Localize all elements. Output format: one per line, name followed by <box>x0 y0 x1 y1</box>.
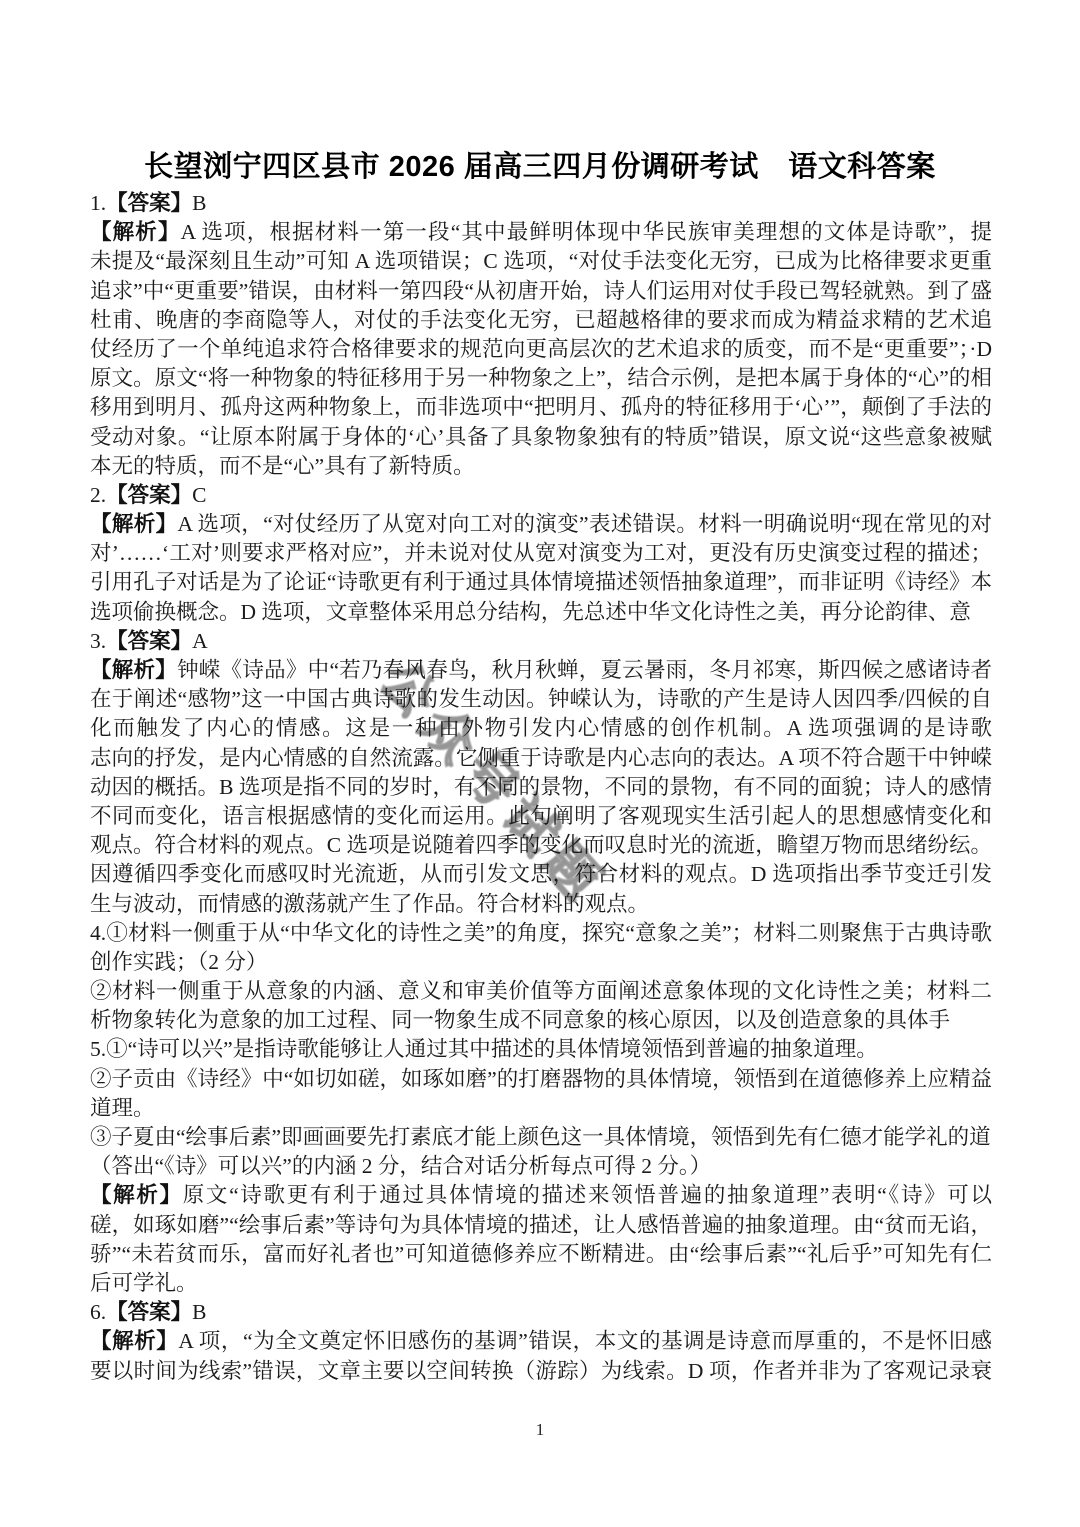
text-line: 创作实践；（2 分） <box>90 948 992 977</box>
line-text: ②子贡由《诗经》中“如切如磋，如琢如磨”的打磨器物的具体情境，领悟到在道德修养上… <box>90 1067 992 1094</box>
text-line: 骄”“未若贫而乐，富而好礼者也”可知道德修养应不断精进。由“绘事后素”“礼后乎”… <box>90 1240 992 1269</box>
line-text: A <box>192 629 208 653</box>
text-line: 【解析】A 选项，根据材料一第一段“其中最鲜明体现中华民族审美理想的文体是诗歌”… <box>90 218 992 247</box>
text-line: 磋，如琢如磨”“绘事后素”等诗句为具体情境的描述，让人感悟普遍的抽象道理。由“贫… <box>90 1211 992 1240</box>
line-text: 4.①材料一侧重于从“中华文化的诗性之美”的角度，探究“意象之美”；材料二则聚焦… <box>90 921 992 948</box>
text-line: 【解析】钟嵘《诗品》中“若乃春风春鸟，秋月秋蝉，夏云暑雨，冬月祁寒，斯四候之感诸… <box>90 656 992 685</box>
line-text: A 项，“为全文奠定怀旧感伤的基调”错误，本文的基调是诗意而厚重的，不是怀旧感伤… <box>90 1329 992 1356</box>
text-line: 观点。符合材料的观点。C 选项是说随着四季的变化而叹息时光的流逝，瞻望万物而思绪… <box>90 831 992 860</box>
line-text: 移用到明月、孤舟这两种物象上，而非选项中“把明月、孤舟的特征移用于‘心’”，颠倒… <box>90 395 992 422</box>
bracket-label: 【答案】 <box>106 1300 192 1324</box>
line-text: A 选项，根据材料一第一段“其中最鲜明体现中华民族审美理想的文体是诗歌”，提到“… <box>90 220 992 247</box>
line-text: B <box>192 191 206 215</box>
text-line: 移用到明月、孤舟这两种物象上，而非选项中“把明月、孤舟的特征移用于‘心’”，颠倒… <box>90 393 992 422</box>
text-line: 1.【答案】B <box>90 189 992 218</box>
text-line: 生与波动，而情感的激荡就产生了作品。符合材料的观点。 <box>90 890 992 919</box>
text-line: 【解析】原文“诗歌更有利于通过具体情境的描述来领悟普遍的抽象道理”表明“《诗》可… <box>90 1181 992 1210</box>
text-line: ②材料一侧重于从意象的内涵、意义和审美价值等方面阐述意象体现的文化诗性之美；材料… <box>90 977 992 1006</box>
text-line: （答出“《诗》可以兴”的内涵 2 分，结合对话分析每点可得 2 分。） <box>90 1152 992 1181</box>
line-text: 要以时间为线索”错误，文章主要以空间转换（游踪）为线索。D 项，作者并非为了客观… <box>90 1359 992 1386</box>
line-text: 杜甫、晚唐的李商隐等人，对仗的手法变化无穷，已超越格律的要求而成为精益求精的艺术… <box>90 308 992 335</box>
line-text: ②材料一侧重于从意象的内涵、意义和审美价值等方面阐述意象体现的文化诗性之美；材料… <box>90 979 992 1006</box>
line-text: 道理。 <box>90 1096 155 1120</box>
line-text: 在于阐述“感物”这一中国古典诗歌的发生动因。钟嵘认为，诗歌的产生是诗人因四季/四… <box>90 687 992 714</box>
text-line: 本无的特质，而不是“心”具有了新特质。 <box>90 452 992 481</box>
text-line: 3.【答案】A <box>90 627 992 656</box>
line-text: 选项偷换概念。D 选项，文章整体采用总分结构，先总述中华文化诗性之美，再分论韵律… <box>90 600 971 627</box>
line-text: 5.①“诗可以兴”是指诗歌能够让人通过其中描述的具体情境领悟到普遍的抽象道理。 <box>90 1037 878 1061</box>
text-line: ②子贡由《诗经》中“如切如磋，如琢如磨”的打磨器物的具体情境，领悟到在道德修养上… <box>90 1065 992 1094</box>
line-text: 因遵循四季变化而感叹时光流逝，从而引发文思，符合材料的观点。D 选项指出季节变迁… <box>90 862 992 889</box>
text-line: 在于阐述“感物”这一中国古典诗歌的发生动因。钟嵘认为，诗歌的产生是诗人因四季/四… <box>90 685 992 714</box>
question-number: 1. <box>90 191 106 215</box>
text-line: 未提及“最深刻且生动”可知 A 选项错误；C 选项，“对仗手法变化无穷，已成为比… <box>90 247 992 276</box>
bracket-label: 【解析】 <box>90 512 177 536</box>
line-text: 原文“诗歌更有利于通过具体情境的描述来领悟普遍的抽象道理”表明“《诗》可以兴”。… <box>90 1183 992 1210</box>
line-text: B <box>192 1300 206 1324</box>
text-line: 引用孔子对话是为了论证“诗歌更有利于通过具体情境描述领悟抽象道理”，而非证明《诗… <box>90 568 992 597</box>
text-line: 仗经历了一个单纯追求符合格律要求的规范向更高层次的艺术追求的质变，而不是“更重要… <box>90 335 992 364</box>
text-line: 析物象转化为意象的加工过程、同一物象生成不同意象的核心原因，以及创造意象的具体手… <box>90 1006 992 1035</box>
text-line: 后可学礼。 <box>90 1269 992 1298</box>
text-line: 【解析】A 项，“为全文奠定怀旧感伤的基调”错误，本文的基调是诗意而厚重的，不是… <box>90 1327 992 1356</box>
line-text: 仗经历了一个单纯追求符合格律要求的规范向更高层次的艺术追求的质变，而不是“更重要… <box>90 337 992 364</box>
text-line: 要以时间为线索”错误，文章主要以空间转换（游踪）为线索。D 项，作者并非为了客观… <box>90 1357 992 1386</box>
line-text: 观点。符合材料的观点。C 选项是说随着四季的变化而叹息时光的流逝，瞻望万物而思绪… <box>90 833 992 860</box>
line-text: 不同而变化，语言根据感情的变化而运用。此句阐明了客观现实生活引起人的思想感情变化… <box>90 804 992 831</box>
line-text: 生与波动，而情感的激荡就产生了作品。符合材料的观点。 <box>90 892 649 916</box>
text-line: 志向的抒发，是内心情感的自然流露。它侧重于诗歌是内心志向的表达。A 项不符合题干… <box>90 744 992 773</box>
text-line: ③子夏由“绘事后素”即画画要先打素底才能上颜色这一具体情境，领悟到先有仁德才能学… <box>90 1123 992 1152</box>
text-line: 追求”中“更重要”错误，由材料一第四段“从初唐开始，诗人们运用对仗手段已驾轻就熟… <box>90 277 992 306</box>
text-line: 【解析】A 选项，“对仗经历了从宽对向工对的演变”表述错误。材料一明确说明“现在… <box>90 510 992 539</box>
line-text: 对’……‘工对’则要求严格对应”，并未说对仗从宽对演变为工对，更没有历史演变过程… <box>90 541 992 568</box>
line-text: 受动对象。“让原本附属于身体的‘心’具备了具象物象独有的特质”错误，原文说“这些… <box>90 425 992 452</box>
line-text: 钟嵘《诗品》中“若乃春风春鸟，秋月秋蝉，夏云暑雨，冬月祁寒，斯四候之感诸诗者也”… <box>90 658 992 685</box>
document-title: 长望浏宁四区县市 2026 届高三四月份调研考试 语文科答案 <box>0 144 1080 185</box>
text-line: 2.【答案】C <box>90 481 992 510</box>
text-line: 选项偷换概念。D 选项，文章整体采用总分结构，先总述中华文化诗性之美，再分论韵律… <box>90 598 992 627</box>
text-line: 因遵循四季变化而感叹时光流逝，从而引发文思，符合材料的观点。D 选项指出季节变迁… <box>90 860 992 889</box>
text-line: 受动对象。“让原本附属于身体的‘心’具备了具象物象独有的特质”错误，原文说“这些… <box>90 423 992 452</box>
line-text: 析物象转化为意象的加工过程、同一物象生成不同意象的核心原因，以及创造意象的具体手… <box>90 1008 950 1035</box>
bracket-label: 【解析】 <box>90 1183 183 1207</box>
bracket-label: 【解析】 <box>90 658 177 682</box>
bracket-label: 【解析】 <box>90 1329 178 1353</box>
line-text: 后可学礼。 <box>90 1271 198 1295</box>
line-text: 追求”中“更重要”错误，由材料一第四段“从初唐开始，诗人们运用对仗手段已驾轻就熟… <box>90 279 992 306</box>
question-number: 6. <box>90 1300 106 1324</box>
bracket-label: 【解析】 <box>90 220 181 244</box>
question-number: 3. <box>90 629 106 653</box>
line-text: A 选项，“对仗经历了从宽对向工对的演变”表述错误。材料一明确说明“现在常见的对… <box>90 512 992 539</box>
line-text: ③子夏由“绘事后素”即画画要先打素底才能上颜色这一具体情境，领悟到先有仁德才能学… <box>90 1125 991 1152</box>
line-text: C <box>192 483 206 507</box>
line-text: 引用孔子对话是为了论证“诗歌更有利于通过具体情境描述领悟抽象道理”，而非证明《诗… <box>90 570 992 597</box>
line-text: （答出“《诗》可以兴”的内涵 2 分，结合对话分析每点可得 2 分。） <box>90 1154 711 1178</box>
text-line: 5.①“诗可以兴”是指诗歌能够让人通过其中描述的具体情境领悟到普遍的抽象道理。 <box>90 1035 992 1064</box>
question-number: 2. <box>90 483 106 507</box>
text-line: 道理。 <box>90 1094 992 1123</box>
line-text: 动因的概括。B 选项是指不同的岁时，有不同的景物，不同的景物，有不同的面貌；诗人… <box>90 775 992 802</box>
bracket-label: 【答案】 <box>106 483 192 507</box>
page-number: 1 <box>0 1420 1080 1440</box>
text-line: 动因的概括。B 选项是指不同的岁时，有不同的景物，不同的景物，有不同的面貌；诗人… <box>90 773 992 802</box>
text-line: 化而触发了内心的情感。这是一种由外物引发内心情感的创作机制。A 选项强调的是诗歌… <box>90 714 992 743</box>
line-text: 创作实践；（2 分） <box>90 950 267 974</box>
line-text: 未提及“最深刻且生动”可知 A 选项错误；C 选项，“对仗手法变化无穷，已成为比… <box>90 249 992 276</box>
line-text: 骄”“未若贫而乐，富而好礼者也”可知道德修养应不断精进。由“绘事后素”“礼后乎”… <box>90 1242 992 1269</box>
line-text: 化而触发了内心的情感。这是一种由外物引发内心情感的创作机制。A 选项强调的是诗歌… <box>90 716 992 743</box>
text-line: 对’……‘工对’则要求严格对应”，并未说对仗从宽对演变为工对，更没有历史演变过程… <box>90 539 992 568</box>
document-page: 公众号试题 长望浏宁四区县市 2026 届高三四月份调研考试 语文科答案 1.【… <box>0 0 1080 1527</box>
text-line: 不同而变化，语言根据感情的变化而运用。此句阐明了客观现实生活引起人的思想感情变化… <box>90 802 992 831</box>
line-text: 磋，如琢如磨”“绘事后素”等诗句为具体情境的描述，让人感悟普遍的抽象道理。由“贫… <box>90 1213 992 1240</box>
bracket-label: 【答案】 <box>106 629 192 653</box>
text-line: 杜甫、晚唐的李商隐等人，对仗的手法变化无穷，已超越格律的要求而成为精益求精的艺术… <box>90 306 992 335</box>
line-text: 志向的抒发，是内心情感的自然流露。它侧重于诗歌是内心志向的表达。A 项不符合题干… <box>90 746 992 773</box>
line-text: 本无的特质，而不是“心”具有了新特质。 <box>90 454 475 478</box>
document-body: 1.【答案】B【解析】A 选项，根据材料一第一段“其中最鲜明体现中华民族审美理想… <box>90 189 992 1386</box>
text-line: 原文。原文“将一种物象的特征移用于另一种物象之上”，结合示例，是把本属于身体的“… <box>90 364 992 393</box>
bracket-label: 【答案】 <box>106 191 192 215</box>
text-line: 6.【答案】B <box>90 1298 992 1327</box>
line-text: 原文。原文“将一种物象的特征移用于另一种物象之上”，结合示例，是把本属于身体的“… <box>90 366 992 393</box>
text-line: 4.①材料一侧重于从“中华文化的诗性之美”的角度，探究“意象之美”；材料二则聚焦… <box>90 919 992 948</box>
